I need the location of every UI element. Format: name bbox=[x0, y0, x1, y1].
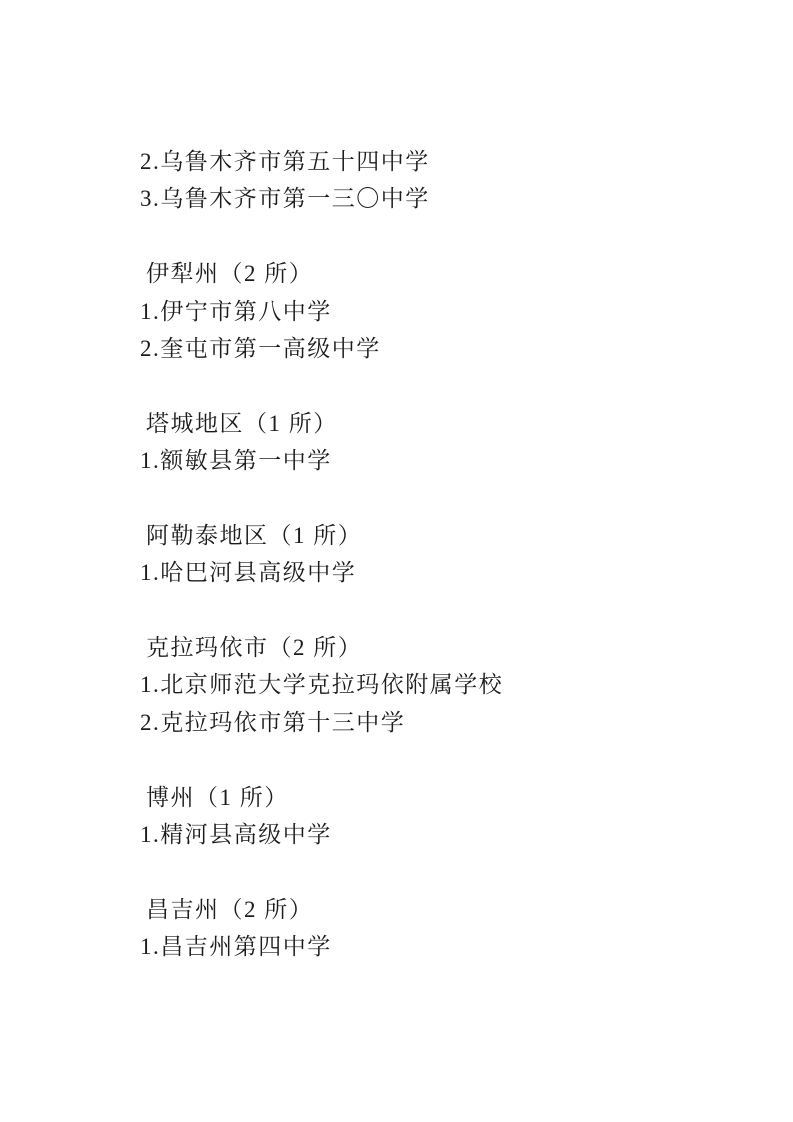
school-list-item: 2.乌鲁木齐市第五十四中学 bbox=[140, 143, 753, 180]
region-section: 阿勒泰地区（1 所）1.哈巴河县高级中学 bbox=[140, 517, 753, 592]
region-section: 塔城地区（1 所）1.额敏县第一中学 bbox=[140, 405, 753, 480]
school-list-item: 1.伊宁市第八中学 bbox=[140, 293, 753, 330]
region-section: 克拉玛依市（2 所）1.北京师范大学克拉玛依附属学校2.克拉玛依市第十三中学 bbox=[140, 629, 753, 741]
school-list-item: 1.哈巴河县高级中学 bbox=[140, 554, 753, 591]
region-heading: 昌吉州（2 所） bbox=[140, 891, 753, 928]
region-heading: 伊犁州（2 所） bbox=[140, 255, 753, 292]
school-list-item: 1.北京师范大学克拉玛依附属学校 bbox=[140, 666, 753, 703]
region-heading: 塔城地区（1 所） bbox=[140, 405, 753, 442]
region-section: 伊犁州（2 所）1.伊宁市第八中学2.奎屯市第一高级中学 bbox=[140, 255, 753, 367]
region-section: 博州（1 所）1.精河县高级中学 bbox=[140, 779, 753, 854]
document-page: 2.乌鲁木齐市第五十四中学3.乌鲁木齐市第一三〇中学伊犁州（2 所）1.伊宁市第… bbox=[0, 0, 793, 1122]
region-heading: 阿勒泰地区（1 所） bbox=[140, 517, 753, 554]
school-list-item: 1.精河县高级中学 bbox=[140, 816, 753, 853]
region-heading: 克拉玛依市（2 所） bbox=[140, 629, 753, 666]
school-list: 2.乌鲁木齐市第五十四中学3.乌鲁木齐市第一三〇中学伊犁州（2 所）1.伊宁市第… bbox=[140, 143, 753, 966]
school-list-item: 1.昌吉州第四中学 bbox=[140, 928, 753, 965]
region-section: 2.乌鲁木齐市第五十四中学3.乌鲁木齐市第一三〇中学 bbox=[140, 143, 753, 218]
school-list-item: 2.克拉玛依市第十三中学 bbox=[140, 704, 753, 741]
school-list-item: 1.额敏县第一中学 bbox=[140, 442, 753, 479]
school-list-item: 3.乌鲁木齐市第一三〇中学 bbox=[140, 180, 753, 217]
region-heading: 博州（1 所） bbox=[140, 779, 753, 816]
school-list-item: 2.奎屯市第一高级中学 bbox=[140, 330, 753, 367]
region-section: 昌吉州（2 所）1.昌吉州第四中学 bbox=[140, 891, 753, 966]
